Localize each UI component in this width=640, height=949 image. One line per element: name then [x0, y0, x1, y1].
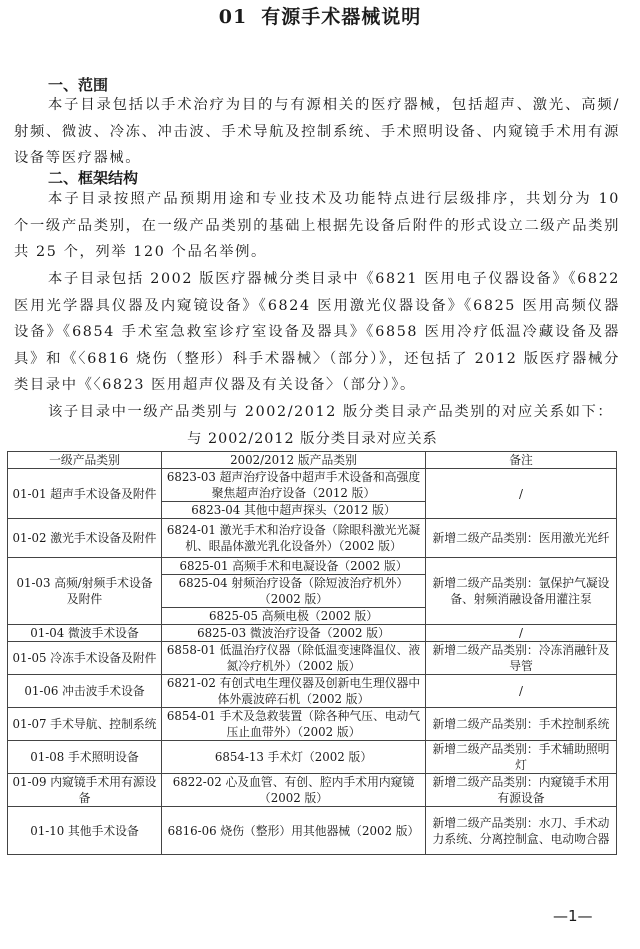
mapping-cell: 6824-01 激光手术和治疗设备（除眼科激光光凝机、眼晶体激光乳化设备外）（2… — [162, 519, 426, 558]
mapping-cell: 6821-02 有创式电生理仪器及创新电生理仪器中体外震波碎石机（2002 版） — [162, 675, 426, 708]
category-cell: 01-10 其他手术设备 — [8, 807, 162, 855]
table-header-row: 一级产品类别 2002/2012 版产品类别 备注 — [8, 452, 617, 469]
note-cell: 新增二级产品类别：手术辅助照明灯 — [426, 741, 617, 774]
note-cell: 新增二级产品类别：水刀、手术动力系统、分离控制盒、电动吻合器 — [426, 807, 617, 855]
table-row: 01-02 激光手术设备及附件 6824-01 激光手术和治疗设备（除眼科激光光… — [8, 519, 617, 558]
note-cell: 新增二级产品类别：内窥镜手术用有源设备 — [426, 774, 617, 807]
mapping-cell: 6854-01 手术及急救装置（除各种气压、电动气压止血带外）（2002 版） — [162, 708, 426, 741]
title-text: 有源手术器械说明 — [261, 6, 421, 28]
mapping-cell: 6854-13 手术灯（2002 版） — [162, 741, 426, 774]
mapping-cell: 6823-04 其他中超声探头（2012 版） — [162, 502, 426, 519]
section-heading-structure: 二、框架结构 — [48, 167, 138, 188]
mapping-cell: 6823-03 超声治疗设备中超声手术设备和高强度聚焦超声治疗设备（2012 版… — [162, 469, 426, 502]
category-cell: 01-04 微波手术设备 — [8, 625, 162, 642]
structure-paragraph-2: 本子目录包括 2002 版医疗器械分类目录中《6821 医用电子仪器设备》《68… — [14, 266, 620, 399]
header-mapping: 2002/2012 版产品类别 — [162, 452, 426, 469]
table-row: 01-04 微波手术设备 6825-03 微波治疗设备（2002 版） / — [8, 625, 617, 642]
table-row: 01-10 其他手术设备 6816-06 烧伤（整形）用其他器械（2002 版）… — [8, 807, 617, 855]
scope-paragraph: 本子目录包括以手术治疗为目的与有源相关的医疗器械，包括超声、激光、高频/射频、微… — [14, 92, 620, 172]
table-row: 01-06 冲击波手术设备 6821-02 有创式电生理仪器及创新电生理仪器中体… — [8, 675, 617, 708]
mapping-cell: 6858-01 低温治疗仪器（除低温变速降温仪、液氮冷疗机外）（2002 版） — [162, 642, 426, 675]
note-cell: 新增二级产品类别：医用激光光纤 — [426, 519, 617, 558]
mapping-cell: 6825-01 高频手术和电凝设备（2002 版） — [162, 558, 426, 575]
mapping-cell: 6825-03 微波治疗设备（2002 版） — [162, 625, 426, 642]
page-number: —1— — [553, 907, 593, 925]
page-title: 01有源手术器械说明 — [0, 2, 640, 29]
title-number: 01 — [219, 6, 247, 28]
category-cell: 01-03 高频/射频手术设备及附件 — [8, 558, 162, 625]
mapping-cell: 6825-05 高频电极（2002 版） — [162, 608, 426, 625]
category-cell: 01-07 手术导航、控制系统 — [8, 708, 162, 741]
mapping-cell: 6822-02 心及血管、有创、腔内手术用内窥镜（2002 版） — [162, 774, 426, 807]
header-category: 一级产品类别 — [8, 452, 162, 469]
note-cell: 新增二级产品类别：氩保护气凝设备、射频消融设备用灌注泵 — [426, 558, 617, 625]
structure-paragraph-1: 本子目录按照产品预期用途和专业技术及功能特点进行层级排序，共划分为 10 个一级… — [14, 186, 620, 266]
category-cell: 01-08 手术照明设备 — [8, 741, 162, 774]
table-row: 01-09 内窥镜手术用有源设备 6822-02 心及血管、有创、腔内手术用内窥… — [8, 774, 617, 807]
category-cell: 01-05 冷冻手术设备及附件 — [8, 642, 162, 675]
table-row: 01-05 冷冻手术设备及附件 6858-01 低温治疗仪器（除低温变速降温仪、… — [8, 642, 617, 675]
table-row: 01-08 手术照明设备 6854-13 手术灯（2002 版） 新增二级产品类… — [8, 741, 617, 774]
note-cell: 新增二级产品类别：手术控制系统 — [426, 708, 617, 741]
header-note: 备注 — [426, 452, 617, 469]
table-row: 01-03 高频/射频手术设备及附件 6825-01 高频手术和电凝设备（200… — [8, 558, 617, 575]
category-cell: 01-09 内窥镜手术用有源设备 — [8, 774, 162, 807]
category-cell: 01-02 激光手术设备及附件 — [8, 519, 162, 558]
table-row: 01-01 超声手术设备及附件 6823-03 超声治疗设备中超声手术设备和高强… — [8, 469, 617, 502]
mapping-cell: 6825-04 射频治疗设备（除短波治疗机外）（2002 版） — [162, 575, 426, 608]
note-cell: / — [426, 675, 617, 708]
category-cell: 01-06 冲击波手术设备 — [8, 675, 162, 708]
category-cell: 01-01 超声手术设备及附件 — [8, 469, 162, 519]
note-cell: 新增二级产品类别：冷冻消融针及导管 — [426, 642, 617, 675]
table-caption: 与 2002/2012 版分类目录对应关系 — [0, 428, 625, 448]
note-cell: / — [426, 625, 617, 642]
table-row: 01-07 手术导航、控制系统 6854-01 手术及急救装置（除各种气压、电动… — [8, 708, 617, 741]
note-cell: / — [426, 469, 617, 519]
structure-paragraph-3: 该子目录中一级产品类别与 2002/2012 版分类目录产品类别的对应关系如下： — [14, 399, 620, 426]
correspondence-table: 一级产品类别 2002/2012 版产品类别 备注 01-01 超声手术设备及附… — [7, 451, 617, 855]
mapping-cell: 6816-06 烧伤（整形）用其他器械（2002 版） — [162, 807, 426, 855]
